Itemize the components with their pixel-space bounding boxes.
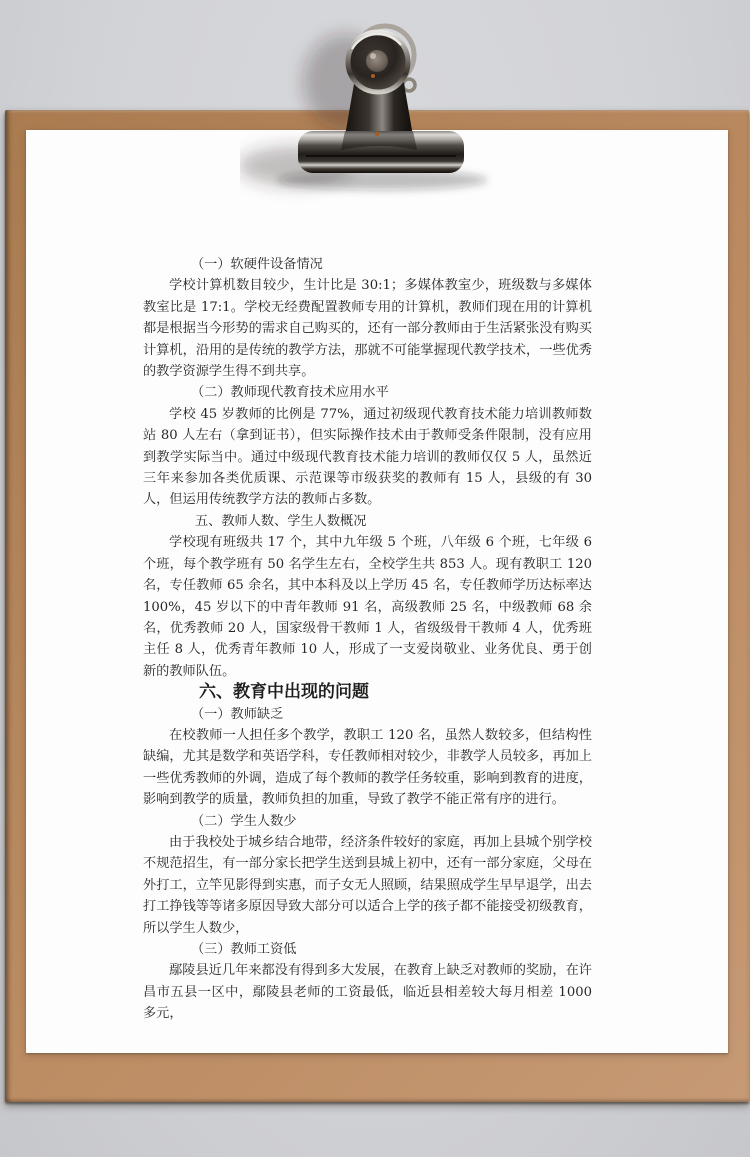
doc-paragraph: 学校现有班级共 17 个，其中九年级 5 个班，八年级 6 个班，七年级 6 个… <box>143 532 592 682</box>
doc-paragraph: 在校教师一人担任多个教学，教职工 120 名，虽然人数较多，但结构性缺编，尤其是… <box>143 725 592 811</box>
doc-subheading: （一）软硬件设备情况 <box>143 254 592 275</box>
doc-chapter-heading: 六、教育中出现的问题 <box>143 682 592 703</box>
document-page: （一）软硬件设备情况 学校计算机数目较少，生计比是 30:1；多媒体教室少，班级… <box>26 130 728 1053</box>
binder-clip <box>240 0 520 210</box>
doc-paragraph: 学校计算机数目较少，生计比是 30:1；多媒体教室少，班级数与多媒体教室比是 1… <box>143 275 592 382</box>
doc-paragraph: 由于我校处于城乡结合地带，经济条件较好的家庭，再加上县城个别学校不规范招生，有一… <box>143 832 592 939</box>
scene: （一）软硬件设备情况 学校计算机数目较少，生计比是 30:1；多媒体教室少，班级… <box>0 0 750 1157</box>
clip-hole-glint <box>370 53 376 59</box>
doc-subheading: （二）教师现代教育技术应用水平 <box>143 382 592 403</box>
doc-subheading: （一）教师缺乏 <box>143 704 592 725</box>
document-text: （一）软硬件设备情况 学校计算机数目较少，生计比是 30:1；多媒体教室少，班级… <box>143 254 592 1025</box>
doc-subheading: （三）教师工资低 <box>143 939 592 960</box>
doc-paragraph: 鄢陵县近几年来都没有得到多大发展，在教育上缺乏对教师的奖励，在许昌市五县一区中，… <box>143 960 592 1024</box>
clip-ring-hole <box>366 50 388 72</box>
doc-subheading: （二）学生人数少 <box>143 811 592 832</box>
doc-paragraph: 学校 45 岁教师的比例是 77%，通过初级现代教育技术能力培训教师数站 80 … <box>143 404 592 511</box>
clip-orange-glint-neck <box>375 132 379 136</box>
doc-section-heading: 五、教师人数、学生人数概况 <box>143 511 592 532</box>
clip-orange-glint-ring <box>371 74 375 78</box>
